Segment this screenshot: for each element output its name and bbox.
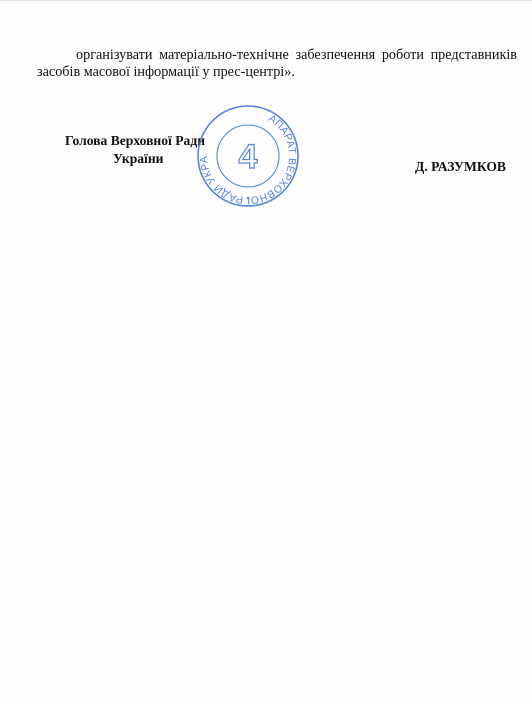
- stamp-center-number: 4: [239, 138, 258, 176]
- page-top-edge: [0, 0, 532, 1]
- paragraph-line-1: організувати матеріально-технічне забезп…: [76, 47, 517, 64]
- signatory-title-line-1: Голова Верховної Ради: [65, 132, 205, 149]
- document-page: організувати матеріально-технічне забезп…: [0, 0, 532, 704]
- stamp-star-dot: [247, 197, 250, 200]
- paragraph-line-2: засобів масової інформації у прес-центрі…: [37, 64, 295, 81]
- signatory-title-line-2: України: [113, 150, 164, 167]
- signatory-name: Д. РАЗУМКОВ: [415, 158, 506, 175]
- official-stamp-icon: АПАРАТ ВЕРХОВНОЇ РАДИ УКРАЇНИ 4: [193, 101, 303, 211]
